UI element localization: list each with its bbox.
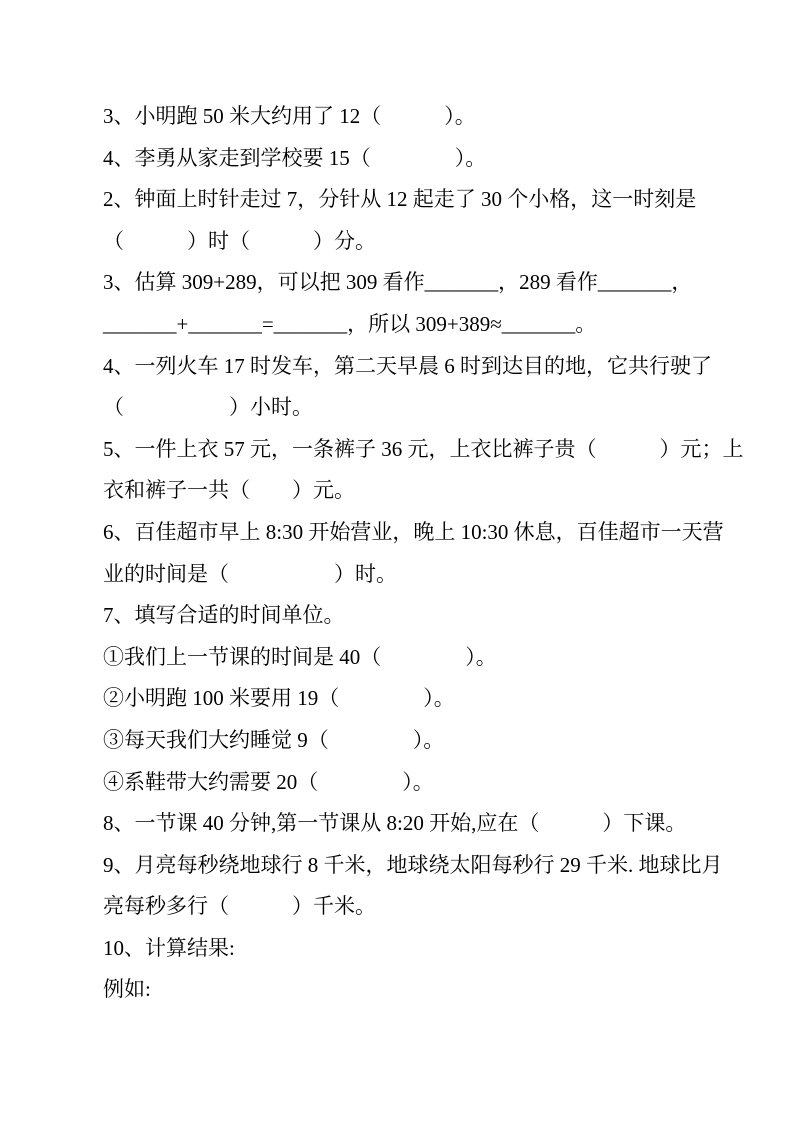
q7-item-2: ②小明跑 100 米要用 19（ ）。 (103, 678, 723, 720)
q7-item-3: ③每天我们大约睡觉 9（ ）。 (103, 720, 723, 762)
q3-estimate-line-1: 3、估算 309+289，可以把 309 看作_______，289 看作___… (103, 262, 723, 304)
q8-class-line: 8、一节课 40 分钟,第一节课从 8:20 开始,应在（ ）下课。 (103, 803, 723, 845)
q7-time-units-title: 7、填写合适的时间单位。 (103, 595, 723, 637)
q2-clock-line-1: 2、钟面上时针走过 7，分针从 12 起走了 30 个小格，这一时刻是 (103, 179, 723, 221)
q2-clock-line-2: （ ）时（ ）分。 (103, 221, 723, 263)
q6-supermarket-line-1: 6、百佳超市早上 8:30 开始营业，晚上 10:30 休息，百佳超市一天营 (103, 512, 723, 554)
q4-train-line-1: 4、一列火车 17 时发车，第二天早晨 6 时到达目的地，它共行驶了 (103, 346, 723, 388)
q6-supermarket-line-2: 业的时间是（ ）时。 (103, 554, 723, 596)
q4-walk-line: 4、李勇从家走到学校要 15（ ）。 (103, 138, 723, 180)
worksheet-document: { "page": { "background_color": "#ffffff… (0, 0, 793, 1122)
q4-train-line-2: （ ）小时。 (103, 387, 723, 429)
worksheet-text-block: 3、小明跑 50 米大约用了 12（ ）。 4、李勇从家走到学校要 15（ ）。… (103, 96, 723, 1011)
worksheet-page: 3、小明跑 50 米大约用了 12（ ）。 4、李勇从家走到学校要 15（ ）。… (0, 0, 793, 1122)
q5-clothes-line-1: 5、一件上衣 57 元，一条裤子 36 元，上衣比裤子贵（ ）元；上 (103, 429, 723, 471)
q7-item-1: ①我们上一节课的时间是 40（ ）。 (103, 637, 723, 679)
q3-run-line: 3、小明跑 50 米大约用了 12（ ）。 (103, 96, 723, 138)
q9-moon-line-1: 9、月亮每秒绕地球行 8 千米，地球绕太阳每秒行 29 千米. 地球比月 (103, 845, 723, 887)
q5-clothes-line-2: 衣和裤子一共（ ）元。 (103, 470, 723, 512)
q10-calc-title: 10、计算结果: (103, 928, 723, 970)
q9-moon-line-2: 亮每秒多行（ ）千米。 (103, 886, 723, 928)
q3-estimate-line-2: _______+_______=_______，所以 309+389≈_____… (103, 304, 723, 346)
q7-item-4: ④系鞋带大约需要 20（ ）。 (103, 762, 723, 804)
q10-example-label: 例如: (103, 969, 723, 1011)
